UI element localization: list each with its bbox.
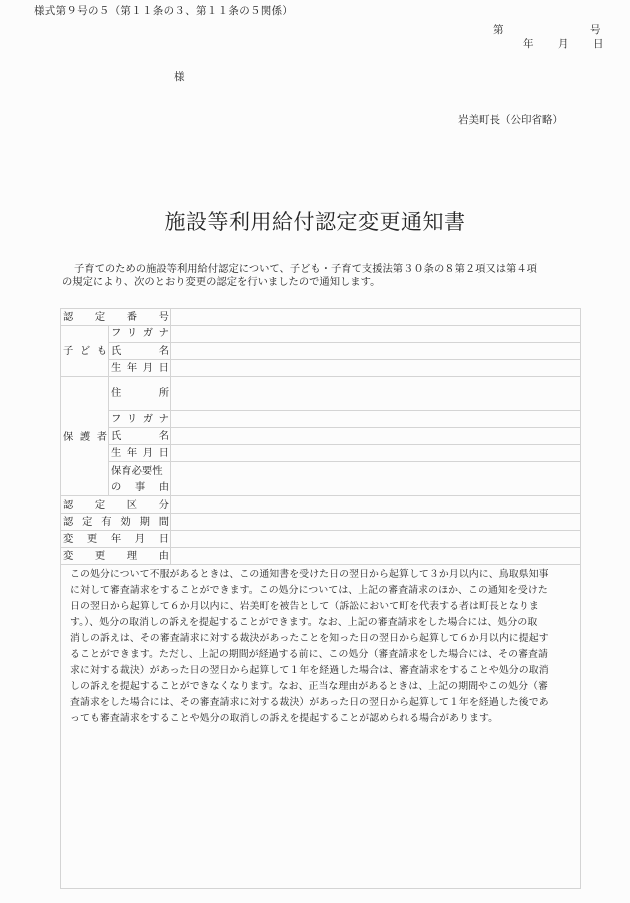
value-childcare-need-reason[interactable]: [171, 462, 580, 495]
document-number-prefix: 第: [493, 22, 504, 37]
label-guardian-birthdate: 生年月日: [109, 445, 171, 461]
label-child-group: 子ども: [61, 343, 109, 359]
value-certification-category[interactable]: [171, 496, 580, 513]
notice-line: 査請求をした場合には、その審査請求に対する裁決）があった日の翌日から起算して１年…: [70, 695, 570, 711]
label-certification-validity-period: 認定有効期間: [61, 514, 171, 530]
value-change-date[interactable]: [171, 531, 580, 547]
date-day-label: 日: [593, 36, 604, 51]
date-month-label: 月: [558, 36, 569, 51]
document-number-suffix: 号: [590, 22, 601, 37]
label-child-furigana: フリガナ: [109, 325, 171, 341]
form-identifier: 様式第９号の５（第１１条の３、第１１条の５関係）: [34, 3, 293, 18]
notice-line: 消しの訴えは、その審査請求に対する裁決があったことを知った日の翌日から起算して６…: [70, 631, 570, 647]
notice-line: この処分について不服があるときは、この通知書を受けた日の翌日から起算して３か月以…: [70, 567, 570, 583]
label-guardian-furigana: フリガナ: [109, 411, 171, 427]
addressee-suffix: 様: [174, 69, 185, 84]
value-certification-validity-period[interactable]: [171, 514, 580, 530]
label-childcare-need-reason-line1: 保育必要性: [109, 463, 171, 479]
appeal-notice: この処分について不服があるときは、この通知書を受けた日の翌日から起算して３か月以…: [70, 567, 570, 727]
label-guardian-group: 保護者: [61, 429, 109, 445]
value-guardian-address[interactable]: [171, 377, 580, 410]
value-guardian-furigana[interactable]: [171, 411, 580, 427]
certification-table: 認定番号 子ども フリガナ 氏名 生年月日 保護者 住所 フリガナ 氏名 生年月…: [60, 308, 581, 889]
intro-paragraph: 子育てのための施設等利用給付認定について、子ども・子育て支援法第３０条の８第２項…: [62, 263, 582, 288]
label-childcare-need-reason-line2: の事由: [109, 479, 171, 495]
label-child-name: 氏名: [109, 343, 171, 359]
label-certification-category: 認定区分: [61, 497, 171, 513]
issuer: 岩美町長（公印省略）: [458, 112, 563, 127]
label-change-date: 変更年月日: [61, 531, 171, 547]
label-guardian-name: 氏名: [109, 428, 171, 444]
intro-line-2: の規定により、次のとおり変更の認定を行いましたので通知します。: [62, 276, 582, 289]
value-child-birthdate[interactable]: [171, 360, 580, 376]
notice-line: 求に対する裁決）があった日の翌日から起算して１年を経過した場合は、審査請求をする…: [70, 663, 570, 679]
label-certification-number: 認定番号: [61, 309, 171, 325]
notice-line: に対して審査請求をすることができます。この処分については、上記の審査請求のほか、…: [70, 583, 570, 599]
label-guardian-address: 住所: [109, 385, 171, 401]
value-child-furigana[interactable]: [171, 326, 580, 342]
value-change-reason[interactable]: [171, 548, 580, 564]
notice-line: っても審査請求をすることや処分の取消しの訴えを提起することが認められる場合があり…: [70, 711, 570, 727]
intro-line-1: 子育てのための施設等利用給付認定について、子ども・子育て支援法第３０条の８第２項…: [74, 263, 537, 275]
value-child-name[interactable]: [171, 343, 580, 359]
notice-line: ることができます。ただし、上記の期間が経過する前に、この処分（審査請求をした場合…: [70, 647, 570, 663]
date-year-label: 年: [523, 36, 534, 51]
row-divider: [61, 564, 580, 565]
value-certification-number[interactable]: [171, 310, 580, 325]
label-change-reason: 変更理由: [61, 548, 171, 564]
notice-line: す。）、処分の取消しの訴えを提起することができます。なお、上記の審査請求をした場…: [70, 615, 570, 631]
value-guardian-birthdate[interactable]: [171, 445, 580, 461]
label-child-birthdate: 生年月日: [109, 360, 171, 376]
notice-line: しの訴えを提起することができなくなります。なお、正当な理由があるときは、上記の期…: [70, 679, 570, 695]
value-guardian-name[interactable]: [171, 428, 580, 444]
document-title: 施設等利用給付認定変更通知書: [0, 206, 630, 236]
notice-line: 日の翌日から起算して６か月以内に、岩美町を被告として（訴訟において町を代表する者…: [70, 599, 570, 615]
